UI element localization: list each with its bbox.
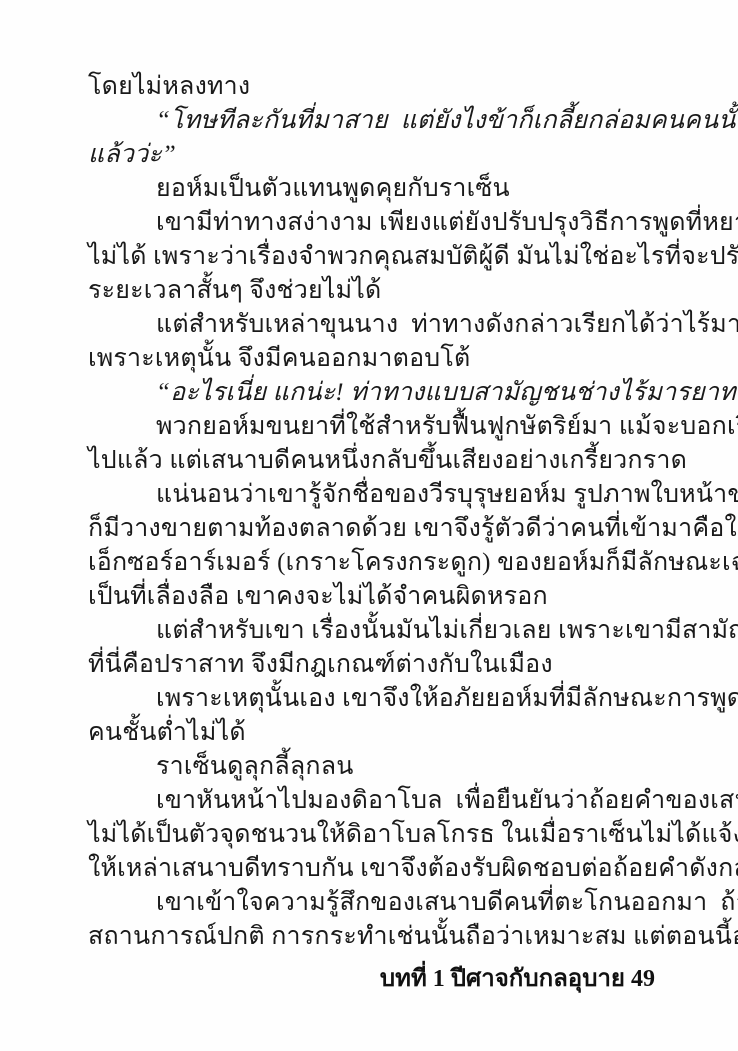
text-line: เขาเข้าใจความรู้สึกของเสนาบดีคนที่ตะโกนอ… bbox=[88, 886, 658, 920]
text-line: คนชั้นต่ำไม่ได้ bbox=[88, 716, 658, 750]
text-line: ราเซ็นดูลุกลี้ลุกลน bbox=[88, 750, 658, 784]
text-line: เพราะเหตุนั้น จึงมีคนออกมาตอบโต้ bbox=[88, 342, 658, 376]
text-line: เอ็กซอร์อาร์เมอร์ (เกราะโครงกระดูก) ของย… bbox=[88, 546, 658, 580]
text-line: “อะไรเนี่ย แกน่ะ! ท่าทางแบบสามัญชนช่างไร… bbox=[88, 376, 658, 410]
text-line: ยอห์มเป็นตัวแทนพูดคุยกับราเซ็น bbox=[88, 172, 658, 206]
text-line: ไปแล้ว แต่เสนาบดีคนหนึ่งกลับขึ้นเสียงอย่… bbox=[88, 444, 658, 478]
text-line: แต่สำหรับเหล่าขุนนาง ท่าทางดังกล่าวเรียก… bbox=[88, 308, 658, 342]
text-line: เป็นที่เลื่องลือ เขาคงจะไม่ได้จำคนผิดหรอ… bbox=[88, 580, 658, 614]
book-page: โดยไม่หลงทาง“โทษทีละกันที่มาสาย แต่ยังไง… bbox=[0, 0, 738, 1051]
text-line: แน่นอนว่าเขารู้จักชื่อของวีรบุรุษยอห์ม ร… bbox=[88, 478, 658, 512]
text-line: “โทษทีละกันที่มาสาย แต่ยังไงข้าก็เกลี้ยก… bbox=[88, 104, 658, 138]
text-line: เขามีท่าทางสง่างาม เพียงแต่ยังปรับปรุงวิ… bbox=[88, 206, 658, 240]
text-line: เพราะเหตุนั้นเอง เขาจึงให้อภัยยอห์มที่มี… bbox=[88, 682, 658, 716]
text-line: ไม่ได้ เพราะว่าเรื่องจำพวกคุณสมบัติผู้ดี… bbox=[88, 240, 658, 274]
text-line: ที่นี่คือปราสาท จึงมีกฎเกณฑ์ต่างกับในเมื… bbox=[88, 648, 658, 682]
text-line: แล้วว่ะ” bbox=[88, 138, 658, 172]
body-text: โดยไม่หลงทาง“โทษทีละกันที่มาสาย แต่ยังไง… bbox=[88, 70, 658, 954]
text-line: สถานการณ์ปกติ การกระทำเช่นนั้นถือว่าเหมา… bbox=[88, 920, 658, 954]
text-line: ระยะเวลาสั้นๆ จึงช่วยไม่ได้ bbox=[88, 274, 658, 308]
text-line: ให้เหล่าเสนาบดีทราบกัน เขาจึงต้องรับผิดช… bbox=[88, 852, 658, 886]
text-line: โดยไม่หลงทาง bbox=[88, 70, 658, 104]
text-line: แต่สำหรับเขา เรื่องนั้นมันไม่เกี่ยวเลย เ… bbox=[88, 614, 658, 648]
chapter-footer: บทที่ 1 ปีศาจกับกลอุบาย 49 bbox=[380, 958, 655, 997]
text-line: ก็มีวางขายตามท้องตลาดด้วย เขาจึงรู้ตัวดี… bbox=[88, 512, 658, 546]
text-line: เขาหันหน้าไปมองดิอาโบล เพื่อยืนยันว่าถ้อ… bbox=[88, 784, 658, 818]
text-line: ไม่ได้เป็นตัวจุดชนวนให้ดิอาโบลโกรธ ในเมื… bbox=[88, 818, 658, 852]
text-line: พวกยอห์มขนยาที่ใช้สำหรับฟื้นฟูกษัตริย์มา… bbox=[88, 410, 658, 444]
